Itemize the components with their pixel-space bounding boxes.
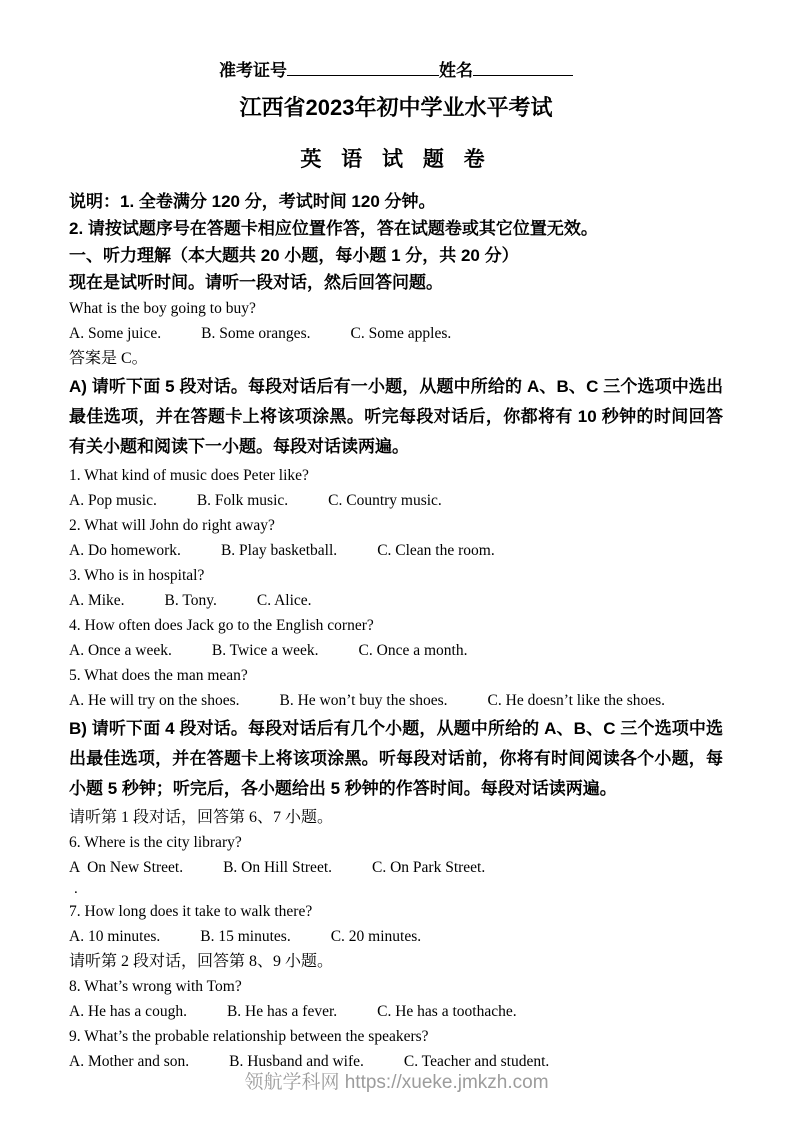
part-b-instruction: B) 请听下面 4 段对话。每段对话后有几个小题，从题中所给的 A、B、C 三个… bbox=[69, 714, 723, 804]
dialog-2-note: 请听第 2 段对话，回答第 8、9 小题。 bbox=[69, 949, 723, 974]
notes-line-1: 说明：1. 全卷满分 120 分，考试时间 120 分钟。 bbox=[69, 188, 723, 215]
question-block: 3. Who is in hospital? A. Mike.B. Tony.C… bbox=[69, 563, 723, 613]
sample-option-b: B. Some oranges. bbox=[201, 325, 310, 342]
question-block: 8. What’s wrong with Tom? A. He has a co… bbox=[69, 974, 723, 1024]
option-b: B. Folk music. bbox=[197, 492, 288, 509]
option-b: B. 15 minutes. bbox=[200, 928, 290, 945]
question-text: 1. What kind of music does Peter like? bbox=[69, 463, 723, 488]
option-c: C. Country music. bbox=[328, 492, 442, 509]
option-b: B. Twice a week. bbox=[212, 642, 319, 659]
option-b: B. Tony. bbox=[165, 592, 217, 609]
sample-question: What is the boy going to buy? bbox=[69, 296, 723, 321]
option-b: B. He has a fever. bbox=[227, 1003, 337, 1020]
option-a: A. He has a cough. bbox=[69, 1003, 187, 1020]
question-block: 4. How often does Jack go to the English… bbox=[69, 613, 723, 663]
candidate-number-label: 准考证号 bbox=[219, 61, 287, 80]
question-block: 7. How long does it take to walk there? … bbox=[69, 899, 723, 949]
question-text: 5. What does the man mean? bbox=[69, 663, 723, 688]
option-a: A. Once a week. bbox=[69, 642, 172, 659]
listening-intro: 现在是试听时间。请听一段对话，然后回答问题。 bbox=[69, 269, 723, 296]
sample-option-c: C. Some apples. bbox=[350, 325, 451, 342]
option-a: A. 10 minutes. bbox=[69, 928, 160, 945]
option-c: C. He has a toothache. bbox=[377, 1003, 516, 1020]
section-1-heading: 一、听力理解（本大题共 20 小题，每小题 1 分，共 20 分） bbox=[69, 242, 723, 269]
option-c: C. Alice. bbox=[257, 592, 312, 609]
candidate-number-blank bbox=[287, 57, 439, 76]
option-b: B. On Hill Street. bbox=[223, 859, 332, 876]
question-text: 4. How often does Jack go to the English… bbox=[69, 613, 723, 638]
options-row: A. Once a week.B. Twice a week.C. Once a… bbox=[69, 638, 723, 663]
options-row: A. Pop music.B. Folk music.C. Country mu… bbox=[69, 488, 723, 513]
dialog-1-note: 请听第 1 段对话，回答第 6、7 小题。 bbox=[69, 805, 723, 830]
question-block: 2. What will John do right away? A. Do h… bbox=[69, 513, 723, 563]
option-a: A. Do homework. bbox=[69, 542, 181, 559]
option-a: A. He will try on the shoes. bbox=[69, 692, 239, 709]
options-row: A. He will try on the shoes.B. He won’t … bbox=[69, 688, 723, 713]
question-block: 5. What does the man mean? A. He will tr… bbox=[69, 663, 723, 713]
option-c: C. Once a month. bbox=[359, 642, 468, 659]
name-label: 姓名 bbox=[439, 61, 473, 80]
sample-option-a: A. Some juice. bbox=[69, 325, 161, 342]
sample-options-row: A. Some juice.B. Some oranges.C. Some ap… bbox=[69, 321, 723, 346]
option-a: A. Mike. bbox=[69, 592, 125, 609]
registration-line: 准考证号姓名 bbox=[69, 56, 723, 81]
exam-paper-page: 准考证号姓名 江西省2023年初中学业水平考试 英 语 试 题 卷 说明：1. … bbox=[0, 0, 793, 1074]
question-block: 1. What kind of music does Peter like? A… bbox=[69, 463, 723, 513]
question-text: 7. How long does it take to walk there? bbox=[69, 899, 723, 924]
question-text: 8. What’s wrong with Tom? bbox=[69, 974, 723, 999]
question-text: 6. Where is the city library? bbox=[69, 830, 723, 855]
site-watermark: 领航学科网 https://xueke.jmkzh.com bbox=[0, 1067, 793, 1094]
exam-subtitle: 英 语 试 题 卷 bbox=[69, 143, 723, 173]
option-c: C. On Park Street. bbox=[372, 859, 485, 876]
options-row: A On New Street.B. On Hill Street.C. On … bbox=[69, 855, 723, 880]
option-b: B. He won’t buy the shoes. bbox=[279, 692, 447, 709]
option-c: C. He doesn’t like the shoes. bbox=[488, 692, 666, 709]
option-a: A. Pop music. bbox=[69, 492, 157, 509]
question-text: 9. What’s the probable relationship betw… bbox=[69, 1024, 723, 1049]
name-blank bbox=[473, 57, 573, 76]
option-b: B. Play basketball. bbox=[221, 542, 337, 559]
sample-answer-note: 答案是 C。 bbox=[69, 346, 723, 371]
exam-title: 江西省2023年初中学业水平考试 bbox=[69, 91, 723, 122]
options-row: A. 10 minutes.B. 15 minutes.C. 20 minute… bbox=[69, 924, 723, 949]
question-text: 3. Who is in hospital? bbox=[69, 563, 723, 588]
question-block: 6. Where is the city library? A On New S… bbox=[69, 830, 723, 899]
question-text: 2. What will John do right away? bbox=[69, 513, 723, 538]
notes-line-2: 2. 请按试题序号在答题卡相应位置作答，答在试题卷或其它位置无效。 bbox=[69, 215, 723, 242]
option-a: A On New Street. bbox=[69, 859, 183, 876]
options-row: A. He has a cough.B. He has a fever.C. H… bbox=[69, 999, 723, 1024]
option-c: C. Clean the room. bbox=[377, 542, 495, 559]
wrapped-period-artifact: . bbox=[69, 880, 723, 899]
part-a-instruction: A) 请听下面 5 段对话。每段对话后有一小题，从题中所给的 A、B、C 三个选… bbox=[69, 372, 723, 462]
options-row: A. Do homework.B. Play basketball.C. Cle… bbox=[69, 538, 723, 563]
options-row: A. Mike.B. Tony.C. Alice. bbox=[69, 588, 723, 613]
option-c: C. 20 minutes. bbox=[331, 928, 421, 945]
